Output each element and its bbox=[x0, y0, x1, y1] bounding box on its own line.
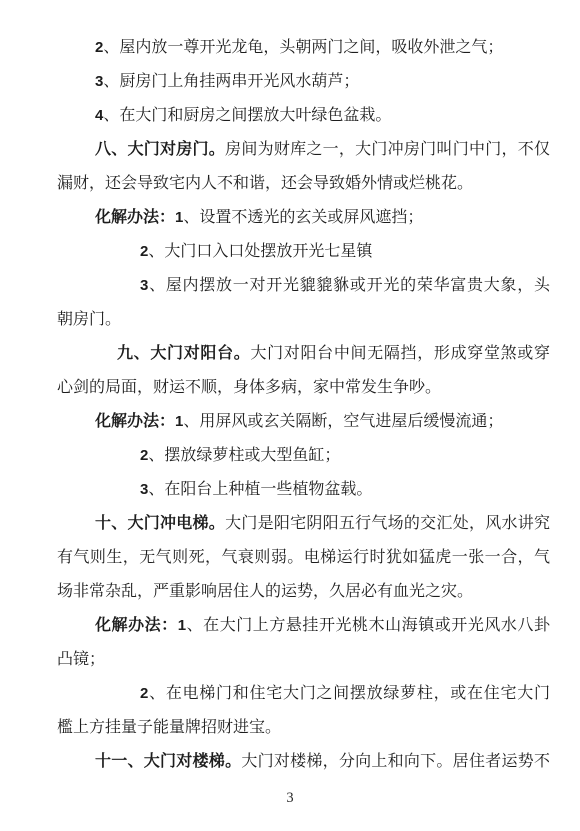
text-line: 3、屋内摆放一对开光貔貔貅或开光的荣华富贵大象，头 bbox=[140, 269, 550, 303]
text-line: 九、大门对阳台。大门对阳台中间无隔挡，形成穿堂煞或穿 bbox=[117, 337, 550, 371]
text-line: 八、大门对房门。房间为财库之一，大门冲房门叫门中门，不仅 bbox=[95, 133, 550, 167]
body-text: 、大门口入口处摆放开光七星镇 bbox=[148, 243, 372, 260]
bold-lead-text: 八、大门对房门。 bbox=[95, 141, 225, 158]
text-line: 十一、大门对楼梯。大门对楼梯，分向上和向下。居住者运势不 bbox=[95, 745, 550, 779]
text-line: 十、大门冲电梯。大门是阳宅阴阳五行气场的交汇处，风水讲究 bbox=[95, 507, 550, 541]
text-line: 漏财，还会导致宅内人不和谐，还会导致婚外情或烂桃花。 bbox=[57, 167, 550, 201]
body-text: 房间为财库之一，大门冲房门叫门中门，不仅 bbox=[225, 141, 550, 158]
bold-lead-text: 化解办法： bbox=[95, 413, 175, 430]
text-line: 檻上方挂量子能量牌招财进宝。 bbox=[57, 711, 550, 745]
body-text: 场非常杂乱，严重影响居住人的运势，久居必有血光之灾。 bbox=[57, 583, 473, 600]
text-line: 场非常杂乱，严重影响居住人的运势，久居必有血光之灾。 bbox=[57, 575, 550, 609]
body-text: 漏财，还会导致宅内人不和谐，还会导致婚外情或烂桃花。 bbox=[57, 175, 473, 192]
body-text: 檻上方挂量子能量牌招财进宝。 bbox=[57, 719, 281, 736]
text-line: 朝房门。 bbox=[57, 303, 550, 337]
body-text: 、厨房门上角挂两串开光风水葫芦； bbox=[103, 73, 359, 90]
body-text: 大门对楼梯，分向上和向下。居住者运势不 bbox=[241, 753, 550, 770]
text-line: 4、在大门和厨房之间摆放大叶绿色盆栽。 bbox=[95, 99, 550, 133]
text-line: 化解办法：1、设置不透光的玄关或屏风遮挡； bbox=[95, 201, 550, 235]
text-block: 2、屋内放一尊开光龙龟，头朝两门之间，吸收外泄之气；3、厨房门上角挂两串开光风水… bbox=[57, 31, 550, 779]
bold-lead-text: 化解办法： bbox=[95, 617, 178, 634]
body-text: 大门对阳台中间无隔挡，形成穿堂煞或穿 bbox=[250, 345, 550, 362]
text-line: 3、厨房门上角挂两串开光风水葫芦； bbox=[95, 65, 550, 99]
text-line: 2、摆放绿萝柱或大型鱼缸； bbox=[140, 439, 550, 473]
body-text: 有气则生，无气则死，气衰则弱。电梯运行时犹如猛虎一张一合，气 bbox=[57, 549, 550, 566]
body-text: 、在阳台上种植一些植物盆载。 bbox=[148, 481, 372, 498]
body-text: 、在大门上方悬挂开光桃木山海镇或开光风水八卦 bbox=[186, 617, 550, 634]
body-text: 、在大门和厨房之间摆放大叶绿色盆栽。 bbox=[103, 107, 391, 124]
text-line: 有气则生，无气则死，气衰则弱。电梯运行时犹如猛虎一张一合，气 bbox=[57, 541, 550, 575]
text-line: 化解办法：1、用屏风或玄关隔断，空气进屋后缓慢流通； bbox=[95, 405, 550, 439]
body-text: 朝房门。 bbox=[57, 311, 121, 328]
text-line: 凸镜； bbox=[57, 643, 550, 677]
body-text: 、屋内摆放一对开光貔貔貅或开光的荣华富贵大象，头 bbox=[148, 277, 550, 294]
body-text: 、设置不透光的玄关或屏风遮挡； bbox=[183, 209, 423, 226]
text-line: 心剑的局面，财运不顺，身体多病，家中常发生争吵。 bbox=[57, 371, 550, 405]
body-text: 大门是阳宅阴阳五行气场的交汇处，风水讲究 bbox=[225, 515, 550, 532]
bold-lead-text: 化解办法： bbox=[95, 209, 175, 226]
body-text: 、屋内放一尊开光龙龟，头朝两门之间，吸收外泄之气； bbox=[103, 39, 503, 56]
body-text: 、摆放绿萝柱或大型鱼缸； bbox=[148, 447, 340, 464]
body-text: 、用屏风或玄关隔断，空气进屋后缓慢流通； bbox=[183, 413, 503, 430]
body-text: 、在电梯门和住宅大门之间摆放绿萝柱，或在住宅大门 bbox=[148, 685, 550, 702]
page-number: 3 bbox=[0, 790, 580, 807]
text-line: 2、大门口入口处摆放开光七星镇 bbox=[140, 235, 550, 269]
bold-lead-text: 十一、大门对楼梯。 bbox=[95, 753, 241, 770]
text-line: 化解办法：1、在大门上方悬挂开光桃木山海镇或开光风水八卦 bbox=[95, 609, 550, 643]
text-line: 2、在电梯门和住宅大门之间摆放绿萝柱，或在住宅大门 bbox=[140, 677, 550, 711]
body-text: 凸镜； bbox=[57, 651, 105, 668]
bold-lead-text: 十、大门冲电梯。 bbox=[95, 515, 225, 532]
document-page: 2、屋内放一尊开光龙龟，头朝两门之间，吸收外泄之气；3、厨房门上角挂两串开光风水… bbox=[0, 0, 580, 831]
text-line: 3、在阳台上种植一些植物盆载。 bbox=[140, 473, 550, 507]
bold-lead-text: 九、大门对阳台。 bbox=[117, 345, 250, 362]
text-line: 2、屋内放一尊开光龙龟，头朝两门之间，吸收外泄之气； bbox=[95, 31, 550, 65]
list-number: 1 bbox=[178, 617, 186, 634]
body-text: 心剑的局面，财运不顺，身体多病，家中常发生争吵。 bbox=[57, 379, 441, 396]
